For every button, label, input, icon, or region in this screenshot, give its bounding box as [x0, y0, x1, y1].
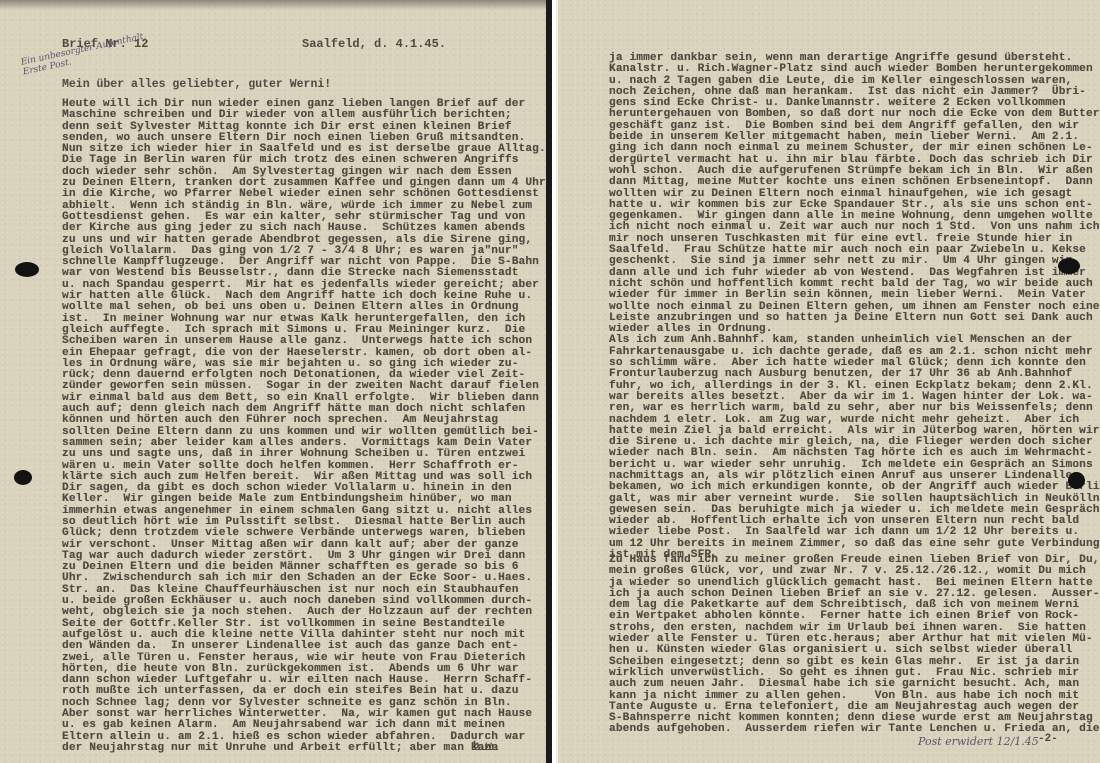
place-date: Saalfeld, d. 4.1.45. — [302, 37, 446, 51]
text-line: mein großes Glück, vor, und zwar Nr. 7 v… — [609, 566, 1100, 577]
text-line: ren, war es herrlich warm, bald zu sehr,… — [609, 403, 1100, 414]
punch-hole-top — [15, 262, 39, 277]
text-line: Fronturlauberzug nach Ausburg benutzen, … — [609, 369, 1100, 380]
text-line: ging ich dann noch einmal zu meinem Schu… — [609, 143, 1100, 154]
text-line: können und hörten auch den Führer noch s… — [62, 415, 546, 426]
text-line: zu uns und sagte uns, daß in ihrer Wohnu… — [62, 449, 546, 460]
greeting: Mein über alles geliebter, guter Werni! — [62, 78, 331, 91]
text-line: Kanalstr. u. Rich.Wagner-Platz sind auch… — [609, 64, 1100, 75]
letter-page-2: ja immer dankbar sein, wenn man derartig… — [556, 0, 1100, 763]
text-line: Keller. Wir gingen beide Male zum Entbin… — [62, 494, 546, 505]
text-line: in die Kirche, wo Pfarrer Nebel wieder e… — [62, 189, 546, 200]
text-line: der Kirche aus ging jeder zu sich nach H… — [62, 223, 546, 234]
text-line: u. es gab keinen Alarm. Am Neujahrsabend… — [62, 720, 546, 731]
text-line: hen u. Künsten wieder Glas organisiert u… — [609, 645, 1100, 656]
punch-hole-top — [1058, 258, 1080, 274]
text-line: wollte mal sehen, ob bei uns oben u. Dei… — [62, 302, 546, 313]
text-line: den Wänden da. In unserer Lindenallee is… — [62, 641, 546, 652]
letter-page-1: Brief Nr. 12 Saalfeld, d. 4.1.45. Ein un… — [0, 0, 552, 763]
page-number: -2- — [1038, 733, 1058, 745]
text-line: dann Mittag, meine Mutter kochte uns ein… — [609, 177, 1100, 188]
text-line: wieder nach Bln. sein. Am nächsten Tag h… — [609, 448, 1100, 459]
text-line: Glück; denn trotzdem viele schwere Verbä… — [62, 528, 546, 539]
text-line: Maschine schreiben und Dir wieder von al… — [62, 110, 546, 121]
text-line: auch zum neuen Jahr. Diesmal habe ich si… — [609, 679, 1100, 690]
page2-body-part2: Zu Haus fand ich zu meiner großen Freude… — [609, 555, 1100, 736]
punch-hole-bottom — [14, 470, 32, 485]
text-line: wieder für immer in Berlin sein können, … — [609, 290, 1100, 301]
handwritten-reply-note: Post erwidert 12/1.45 — [918, 735, 1039, 748]
page2-body-part1: ja immer dankbar sein, wenn man derartig… — [609, 53, 1100, 561]
text-line: geschenkt. Sie sind ja immer sehr nett z… — [609, 256, 1100, 267]
text-line: weht, obgleich sie ja noch stehen. Auch … — [62, 607, 546, 618]
text-line: Scheiben waren in unserem Hause alle gan… — [62, 336, 546, 347]
page1-body: Heute will ich Dir nun wieder einen ganz… — [62, 99, 546, 754]
turn-over-note: b.w. — [473, 740, 498, 752]
text-line: bekamen, wo ich mich erkundigen konnte, … — [609, 482, 1100, 493]
punch-hole-bottom — [1068, 472, 1085, 489]
